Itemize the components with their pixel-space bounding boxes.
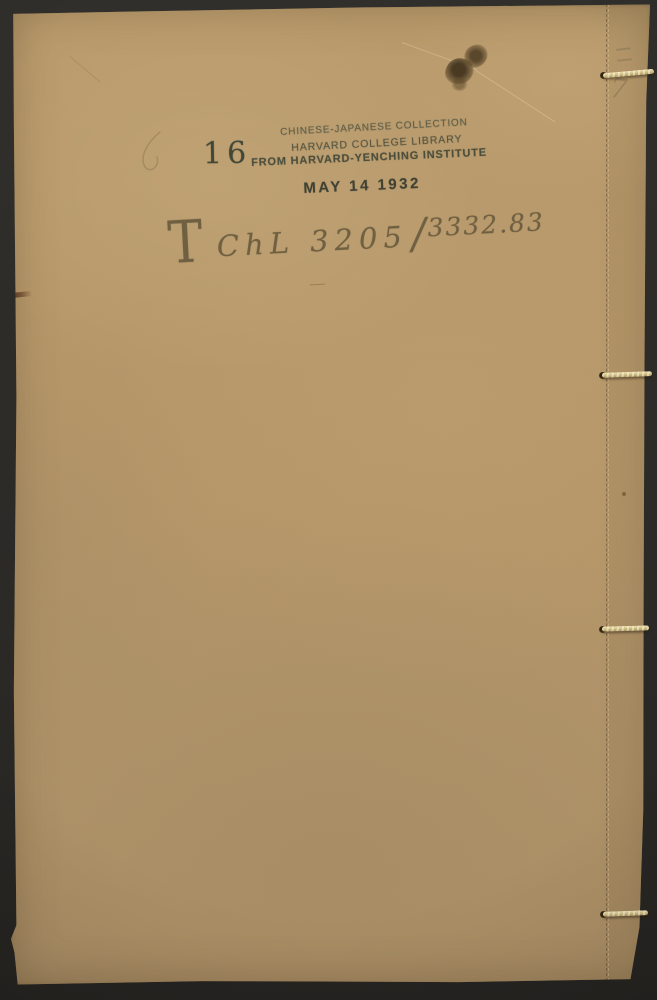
binding-thread xyxy=(602,371,652,378)
pencil-mark-seven: 7 xyxy=(608,73,628,106)
ink-stain xyxy=(438,40,508,102)
call-number-main: ChL 3205 xyxy=(216,222,409,267)
call-number-suffix: 3332.83 xyxy=(427,209,546,240)
call-number-underline xyxy=(310,284,325,286)
call-number-prefix: T xyxy=(166,213,204,273)
accession-number-stamp: 16 xyxy=(203,136,252,172)
binding-thread xyxy=(603,910,648,917)
binding-spine-area xyxy=(607,4,651,986)
library-stamp-line-3: FROM HARVARD-YENCHING INSTITUTE xyxy=(251,147,487,169)
binding-stitch-line xyxy=(606,4,609,986)
handwritten-call-number: T ChL 3205 / 3332.83 xyxy=(167,198,547,270)
pencil-scribble xyxy=(130,128,172,176)
call-number-separator: / xyxy=(411,213,427,256)
edge-pen-mark xyxy=(11,291,32,298)
date-stamp: MAY 14 1932 xyxy=(303,175,421,197)
pencil-mark-ni xyxy=(616,47,633,70)
crease-line xyxy=(69,56,100,82)
book-cover: 16 CHINESE-JAPANESE COLLECTION HARVARD C… xyxy=(10,4,651,986)
scan-background: 16 CHINESE-JAPANESE COLLECTION HARVARD C… xyxy=(0,0,657,1000)
paper-speck xyxy=(622,492,626,496)
